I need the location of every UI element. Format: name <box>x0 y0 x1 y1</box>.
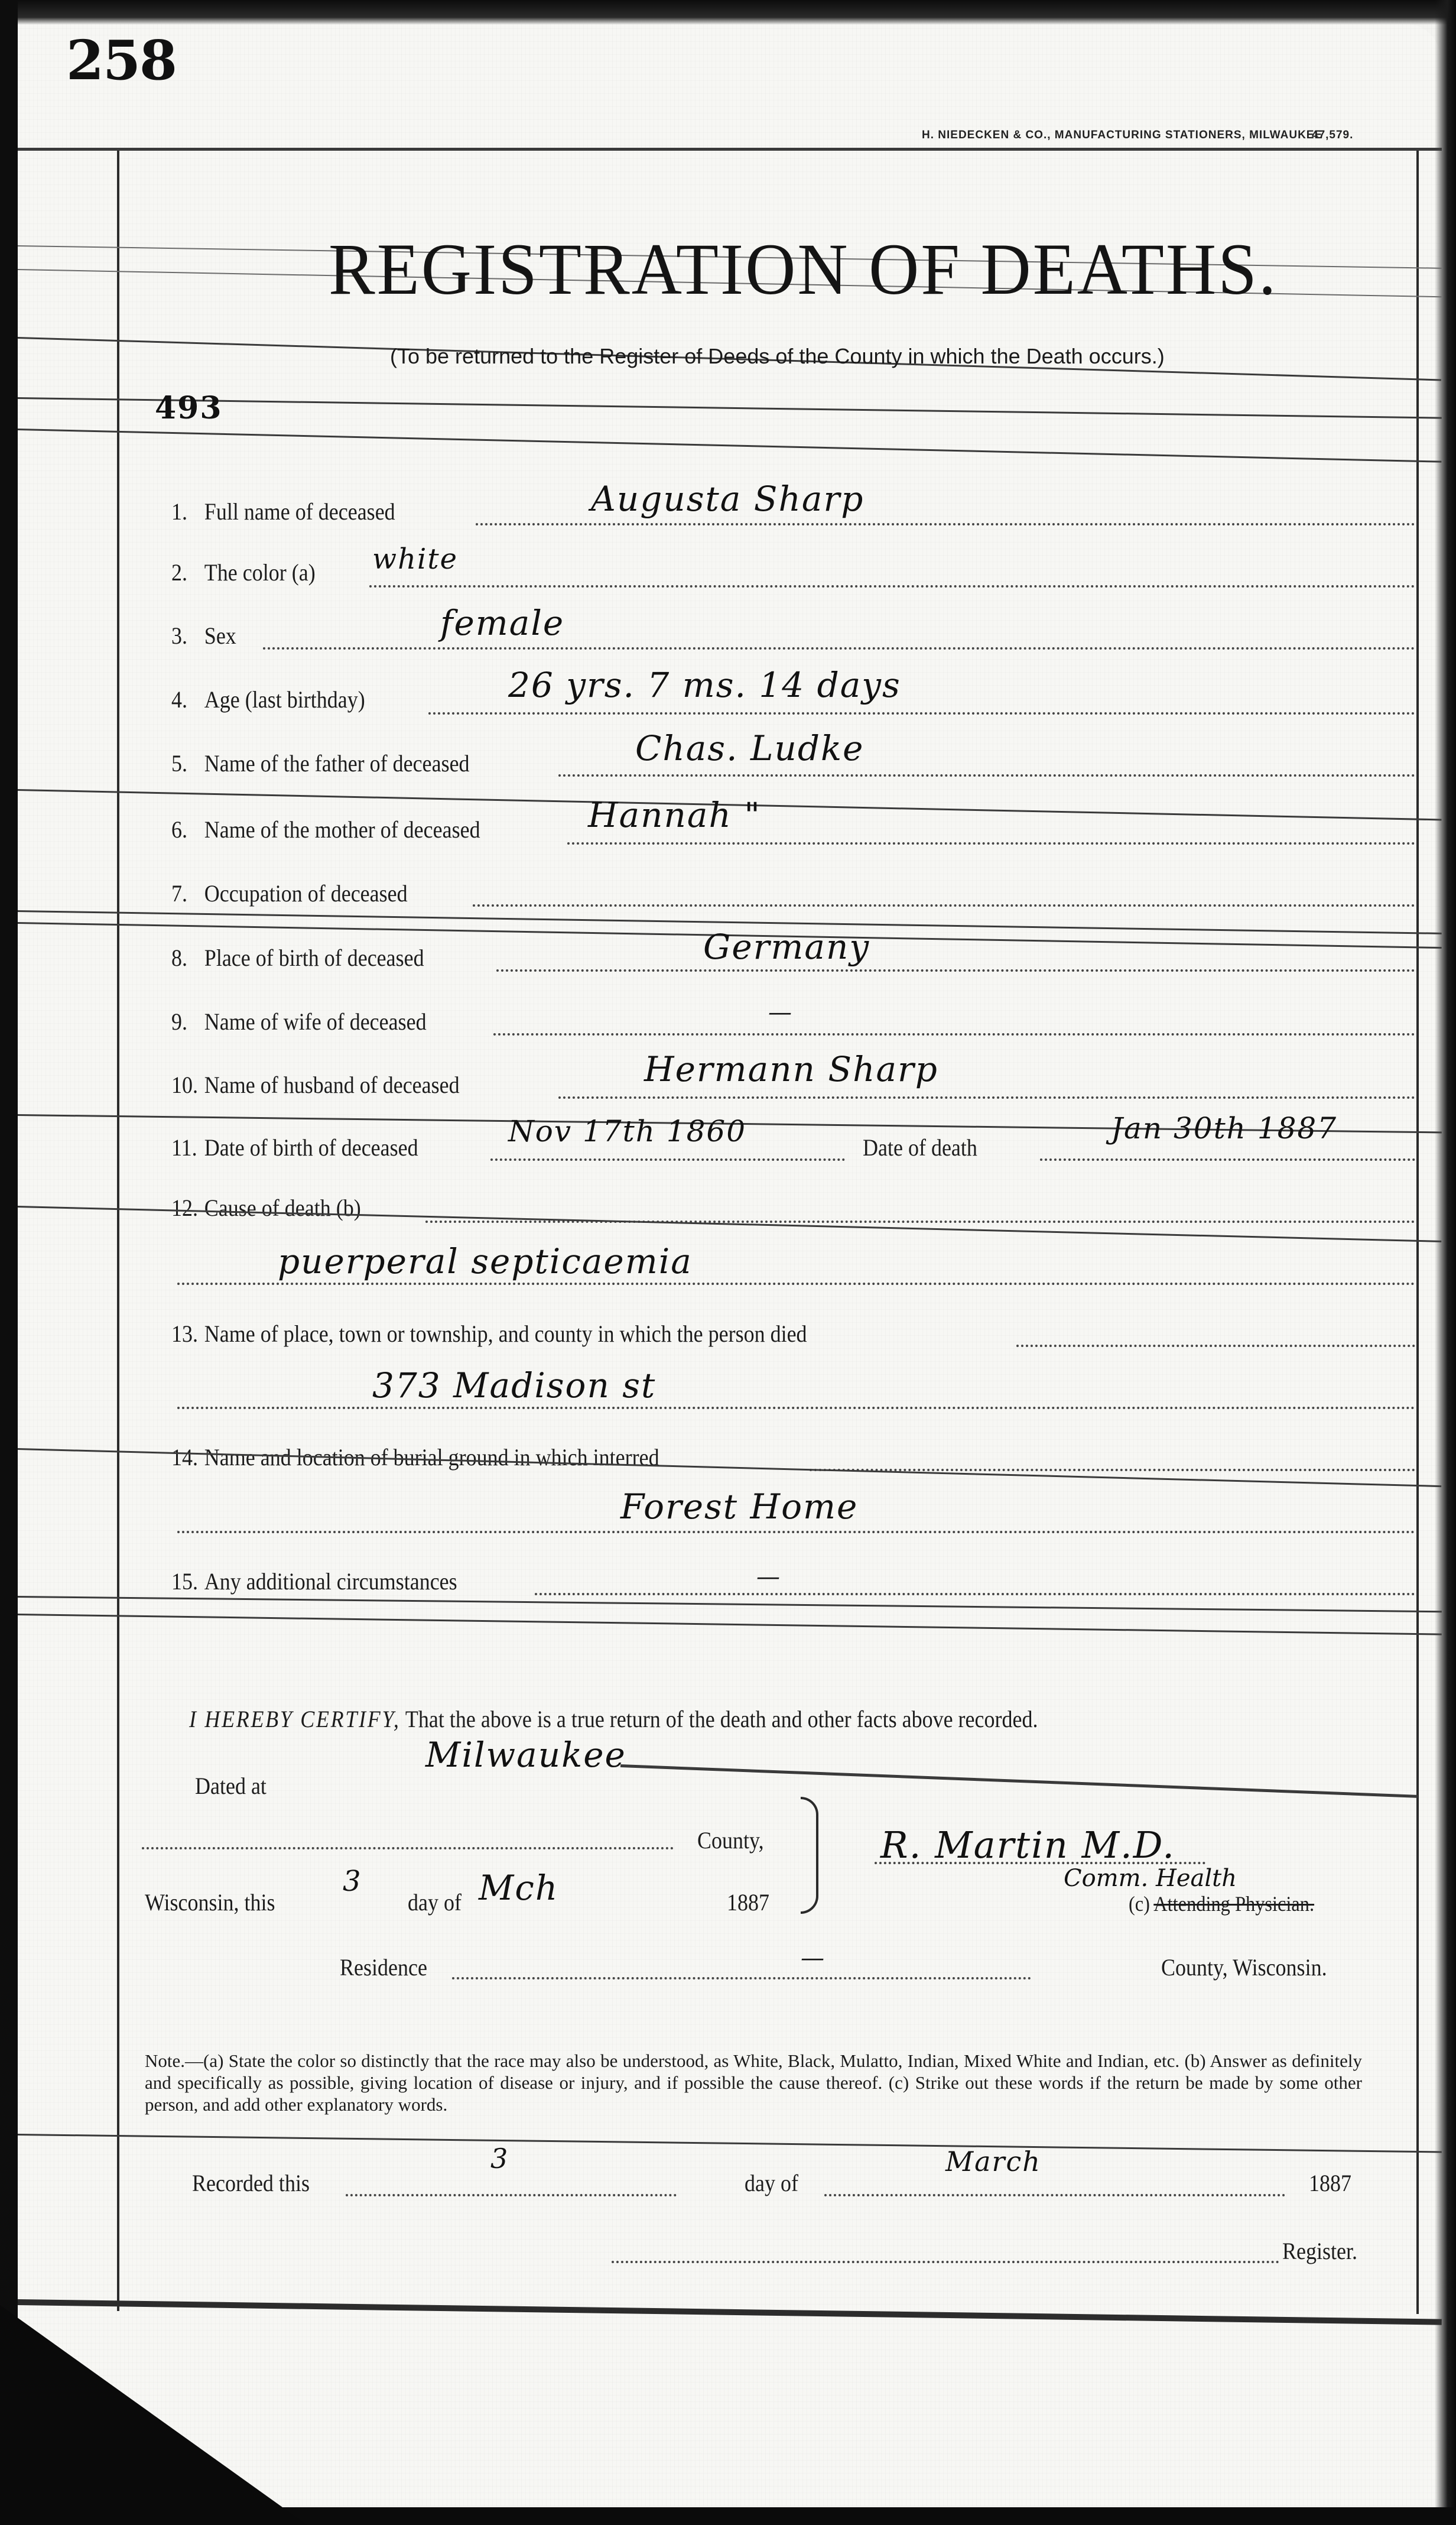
field-15-label: 15.Any additional circumstances <box>171 1567 457 1595</box>
role-handwritten[interactable]: Comm. Health <box>1064 1865 1237 1892</box>
field-2-label: 2.The color (a) <box>171 559 316 586</box>
field-10-value[interactable]: Hermann Sharp <box>644 1049 938 1089</box>
page-number: 258 <box>66 28 176 92</box>
dated-at-label: Dated at <box>195 1772 266 1800</box>
field-5-value[interactable]: Chas. Ludke <box>635 728 864 768</box>
cert-month-value[interactable]: Mch <box>479 1868 558 1908</box>
recorded-day-line <box>346 2194 677 2196</box>
top-rule <box>18 148 1442 151</box>
field-12-value[interactable]: puerperal septicaemia <box>278 1241 693 1281</box>
county-label: County, <box>697 1826 764 1854</box>
document-page <box>17 24 1441 2506</box>
county-line <box>142 1847 674 1849</box>
field-9-label: 9.Name of wife of deceased <box>171 1008 427 1036</box>
cert-day-value[interactable]: 3 <box>343 1865 362 1898</box>
field-10-line <box>558 1096 1415 1099</box>
field-7-label: 7.Occupation of deceased <box>171 879 408 907</box>
left-margin-rule <box>117 148 119 2311</box>
field-8-label: 8.Place of birth of deceased <box>171 944 424 972</box>
field-13-line <box>1016 1345 1415 1347</box>
field-7-line <box>473 904 1415 907</box>
field-3-line <box>263 647 1415 650</box>
record-number: 493 <box>155 390 223 426</box>
field-8-line <box>496 969 1415 972</box>
footnote: Note.—(a) State the color so distinctly … <box>145 2050 1362 2115</box>
residence-value[interactable]: — <box>801 1945 825 1972</box>
field-12-label: 12.Cause of death (b) <box>171 1194 361 1222</box>
field-2-line <box>369 585 1415 588</box>
register-label: Register. <box>1282 2237 1357 2265</box>
printer-imprint: H. Niedecken & Co., Manufacturing Statio… <box>922 129 1322 142</box>
field-14-value[interactable]: Forest Home <box>620 1487 858 1527</box>
field-5-line <box>558 774 1415 777</box>
field-12-line-2 <box>177 1283 1415 1285</box>
field-6-line <box>567 842 1415 845</box>
document-title: REGISTRATION OF DEATHS. <box>329 228 1278 312</box>
field-4-value[interactable]: 26 yrs. 7 ms. 14 days <box>508 665 901 705</box>
form-number: 47,579. <box>1312 129 1353 142</box>
dated-at-value[interactable]: Milwaukee <box>425 1735 626 1775</box>
role-printed: (c) Attending Physician. <box>1129 1891 1314 1916</box>
field-9-line <box>493 1033 1415 1036</box>
recorded-this-label: Recorded this <box>192 2169 310 2197</box>
field-14-label: 14.Name and location of burial ground in… <box>171 1443 659 1471</box>
field-6-value[interactable]: Hannah " <box>588 795 761 835</box>
field-8-value[interactable]: Germany <box>703 927 870 967</box>
document-subtitle: (To be returned to the Register of Deeds… <box>390 344 1165 369</box>
field-6-label: 6.Name of the mother of deceased <box>171 816 480 843</box>
register-line <box>612 2261 1279 2263</box>
bracket <box>801 1797 818 1914</box>
certify-statement: I HEREBY CERTIFY, That the above is a tr… <box>189 1705 1038 1733</box>
day-of-label: day of <box>408 1888 461 1916</box>
cert-year: 1887 <box>727 1888 769 1916</box>
field-3-value[interactable]: female <box>440 603 564 643</box>
field-4-label: 4.Age (last birthday) <box>171 686 365 713</box>
county-wisconsin-label: County, Wisconsin. <box>1161 1953 1327 1981</box>
right-margin-rule <box>1416 151 1419 2314</box>
field-15-value[interactable]: — <box>756 1563 781 1591</box>
field-3-label: 3.Sex <box>171 622 236 650</box>
field-11-label: 11.Date of birth of deceased <box>171 1134 418 1161</box>
field-2-value[interactable]: white <box>372 543 458 576</box>
field-1-label: 1.Full name of deceased <box>171 498 395 525</box>
paper-texture <box>17 24 1441 2506</box>
recorded-day-value[interactable]: 3 <box>490 2143 509 2175</box>
scan-edge-left <box>0 0 18 2525</box>
field-14-line-2 <box>177 1531 1415 1533</box>
field-5-label: 5.Name of the father of deceased <box>171 749 470 777</box>
wisconsin-this-label: Wisconsin, this <box>145 1888 275 1916</box>
field-10-label: 10.Name of husband of deceased <box>171 1071 460 1099</box>
residence-line <box>452 1977 1031 1979</box>
field-13-line-2 <box>177 1407 1415 1409</box>
recorded-year: 1887 <box>1309 2169 1351 2197</box>
field-9-value[interactable]: — <box>768 999 793 1026</box>
scan-edge-top <box>0 0 1456 25</box>
field-13-value[interactable]: 373 Madison st <box>372 1365 656 1406</box>
recorded-day-of-label: day of <box>745 2169 798 2197</box>
field-11-line <box>490 1158 845 1161</box>
field-11b-label: Date of death <box>863 1134 977 1161</box>
signature-line <box>875 1862 1205 1864</box>
residence-label: Residence <box>340 1953 427 1981</box>
field-11b-value[interactable]: Jan 30th 1887 <box>1111 1111 1337 1145</box>
field-1-line <box>476 523 1415 525</box>
field-11b-line <box>1040 1158 1415 1161</box>
recorded-month-line <box>824 2194 1285 2196</box>
recorded-month-value[interactable]: March <box>945 2146 1041 2177</box>
signature[interactable]: R. Martin M.D. <box>880 1823 1175 1867</box>
field-4-line <box>428 712 1415 715</box>
field-1-value[interactable]: Augusta Sharp <box>591 479 864 519</box>
field-13-label: 13.Name of place, town or township, and … <box>171 1320 807 1348</box>
field-11-value[interactable]: Nov 17th 1860 <box>508 1114 746 1148</box>
field-15-line <box>535 1593 1415 1595</box>
